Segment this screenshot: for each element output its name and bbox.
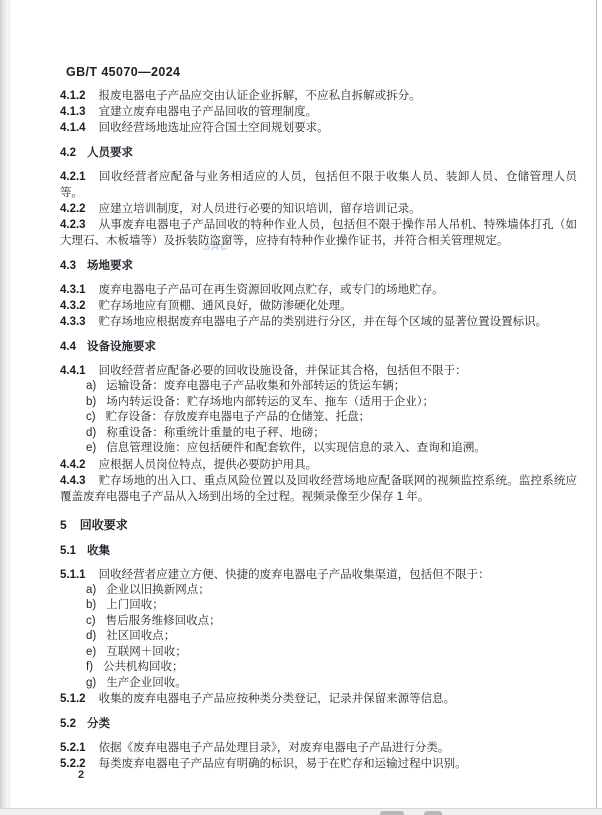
clause-paragraph: 5.1.1回收经营者应建立方便、快捷的废弃电器电子产品收集渠道，包括但不限于： bbox=[60, 567, 577, 583]
clause-text: 应根据人员岗位特点，提供必要防护用具。 bbox=[99, 459, 318, 471]
list-item: d)社区回收点； bbox=[60, 629, 577, 645]
clause-text: 回收经营者应建立方便、快捷的废弃电器电子产品收集渠道，包括但不限于： bbox=[99, 569, 490, 581]
list-item: g)生产企业回收。 bbox=[60, 676, 577, 692]
clause-text: 场地要求 bbox=[87, 260, 133, 272]
section-heading: 4.4设备设施要求 bbox=[60, 339, 577, 355]
scanned-document-page: GB/T 45070—2024 SAC 4.1.2报废电器电子产品应交由认证企业… bbox=[0, 0, 602, 815]
section-heading: 5.1收集 bbox=[60, 543, 577, 559]
clause-text: 分类 bbox=[87, 718, 110, 730]
clause-paragraph: 4.2.2应建立培训制度，对人员进行必要的知识培训，留存培训记录。 bbox=[60, 201, 577, 217]
clause-text: 收集的废弃电器电子产品应按种类分类登记，记录并保留来源等信息。 bbox=[99, 693, 456, 705]
list-item: e)信息管理设施：应包括硬件和配套软件，以实现信息的录入、查询和追溯。 bbox=[60, 441, 577, 457]
clause-paragraph: 4.2.1回收经营者应配备与业务相适应的人员，包括但不限于收集人员、装卸人员、仓… bbox=[60, 169, 577, 201]
clause-text: 贮存场地应根据废弃电器电子产品的类别进行分区，并在每个区域的显著位置设置标识。 bbox=[99, 316, 548, 328]
clause-text: 企业以旧换新网点； bbox=[106, 584, 210, 596]
clause-text: 收集 bbox=[87, 545, 110, 557]
clause-number: d) bbox=[86, 630, 106, 642]
chapter-heading: 5回收要求 bbox=[60, 517, 577, 533]
clause-number: f) bbox=[86, 661, 103, 673]
page-edge-tab bbox=[424, 811, 442, 815]
clause-text: 回收经营者应配备与业务相适应的人员，包括但不限于收集人员、装卸人员、仓储管理人员… bbox=[60, 171, 577, 199]
clause-paragraph: 4.1.3宜建立废弃电器电子产品回收的管理制度。 bbox=[60, 104, 577, 120]
clause-number: a) bbox=[86, 584, 106, 596]
clause-number: 4.3 bbox=[60, 260, 87, 272]
clause-paragraph: 4.2.3从事废弃电器电子产品回收的特种作业人员，包括但不限于操作吊人吊机、特殊… bbox=[60, 217, 577, 249]
clause-text: 回收经营场地选址应符合国土空间规划要求。 bbox=[99, 122, 329, 134]
clause-number: c) bbox=[86, 615, 106, 627]
clause-number: 4.3.1 bbox=[60, 284, 99, 296]
clause-paragraph: 5.1.2收集的废弃电器电子产品应按种类分类登记，记录并保留来源等信息。 bbox=[60, 691, 577, 707]
clause-paragraph: 5.2.1依据《废弃电器电子产品处理目录》，对废弃电器电子产品进行分类。 bbox=[60, 740, 577, 756]
clause-number: 4.2.1 bbox=[60, 171, 99, 183]
clause-paragraph: 4.1.2报废电器电子产品应交由认证企业拆解，不应私自拆解或拆分。 bbox=[60, 88, 577, 104]
clause-text: 报废电器电子产品应交由认证企业拆解，不应私自拆解或拆分。 bbox=[99, 90, 421, 102]
clause-number: 4.4 bbox=[60, 341, 87, 353]
clause-number: 5.2 bbox=[60, 718, 87, 730]
clause-number: 4.3.2 bbox=[60, 300, 99, 312]
section-heading: 4.2人员要求 bbox=[60, 145, 577, 161]
list-item: a)企业以旧换新网点； bbox=[60, 583, 577, 599]
document-content: 4.1.2报废电器电子产品应交由认证企业拆解，不应私自拆解或拆分。4.1.3宜建… bbox=[60, 88, 577, 772]
clause-text: 互联网＋回收； bbox=[106, 646, 187, 658]
clause-number: b) bbox=[86, 396, 106, 408]
clause-number: d) bbox=[86, 427, 106, 439]
section-heading: 4.3场地要求 bbox=[60, 258, 577, 274]
list-item: f)公共机构回收； bbox=[60, 660, 577, 676]
list-item: c)售后服务维修回收点； bbox=[60, 614, 577, 630]
clause-number: 4.4.3 bbox=[60, 475, 99, 487]
clause-text: 人员要求 bbox=[87, 147, 133, 159]
clause-number: 5.2.1 bbox=[60, 742, 99, 754]
clause-text: 运输设备：废弃电器电子产品收集和外部转运的货运车辆； bbox=[106, 380, 405, 392]
clause-number: 4.1.2 bbox=[60, 90, 99, 102]
clause-paragraph: 4.4.1回收经营者应配备必要的回收设施设备，并保证其合格，包括但不限于： bbox=[60, 363, 577, 379]
clause-text: 宜建立废弃电器电子产品回收的管理制度。 bbox=[99, 106, 318, 118]
clause-text: 废弃电器电子产品可在再生资源回收网点贮存，或专门的场地贮存。 bbox=[99, 284, 444, 296]
page-edge-tab bbox=[380, 811, 404, 815]
clause-number: g) bbox=[86, 677, 106, 689]
clause-paragraph: 4.3.3贮存场地应根据废弃电器电子产品的类别进行分区，并在每个区域的显著位置设… bbox=[60, 314, 577, 330]
clause-paragraph: 4.1.4回收经营场地选址应符合国土空间规划要求。 bbox=[60, 120, 577, 136]
clause-text: 每类废弃电器电子产品应有明确的标识，易于在贮存和运输过程中识别。 bbox=[99, 758, 467, 770]
clause-number: 4.1.4 bbox=[60, 122, 99, 134]
clause-number: 4.2.3 bbox=[60, 219, 99, 231]
clause-number: 5.1.2 bbox=[60, 693, 99, 705]
clause-number: a) bbox=[86, 380, 106, 392]
clause-text: 信息管理设施：应包括硬件和配套软件，以实现信息的录入、查询和追溯。 bbox=[106, 442, 486, 454]
clause-paragraph: 4.4.2应根据人员岗位特点，提供必要防护用具。 bbox=[60, 457, 577, 473]
clause-text: 售后服务维修回收点； bbox=[106, 615, 221, 627]
list-item: e)互联网＋回收； bbox=[60, 645, 577, 661]
clause-text: 依据《废弃电器电子产品处理目录》，对废弃电器电子产品进行分类。 bbox=[99, 742, 450, 754]
clause-text: 从事废弃电器电子产品回收的特种作业人员，包括但不限于操作吊人吊机、特殊墙体打孔（… bbox=[60, 219, 577, 247]
clause-paragraph: 4.3.2贮存场地应有顶棚、通风良好，做防渗硬化处理。 bbox=[60, 298, 577, 314]
clause-text: 应建立培训制度，对人员进行必要的知识培训，留存培训记录。 bbox=[99, 203, 421, 215]
clause-number: 4.4.2 bbox=[60, 459, 99, 471]
clause-text: 贮存设备：存放废弃电器电子产品的仓储笼、托盘； bbox=[106, 411, 371, 423]
clause-paragraph: 4.4.3贮存场地的出入口、重点风险位置以及回收经营场地应配备联网的视频监控系统… bbox=[60, 473, 577, 505]
page-bottom-scan-edge bbox=[0, 808, 602, 815]
page-left-scan-edge bbox=[0, 0, 10, 815]
clause-paragraph: 5.2.2每类废弃电器电子产品应有明确的标识，易于在贮存和运输过程中识别。 bbox=[60, 756, 577, 772]
clause-text: 称重设备：称重统计重量的电子秤、地磅； bbox=[106, 427, 325, 439]
clause-text: 回收经营者应配备必要的回收设施设备，并保证其合格，包括但不限于： bbox=[99, 365, 467, 377]
page-number: 2 bbox=[78, 769, 84, 781]
clause-text: 社区回收点； bbox=[106, 630, 175, 642]
clause-number: e) bbox=[86, 646, 106, 658]
clause-text: 场内转运设备：贮存场地内部转运的叉车、拖车（适用于企业）； bbox=[106, 396, 434, 408]
page-right-scan-edge bbox=[596, 0, 597, 810]
clause-text: 贮存场地的出入口、重点风险位置以及回收经营场地应配备联网的视频监控系统。监控系统… bbox=[60, 475, 577, 503]
clause-number: 4.2 bbox=[60, 147, 87, 159]
clause-text: 回收要求 bbox=[80, 518, 128, 532]
clause-text: 设备设施要求 bbox=[87, 341, 156, 353]
clause-number: 4.4.1 bbox=[60, 365, 99, 377]
clause-number: 5.1.1 bbox=[60, 569, 99, 581]
list-item: b)场内转运设备：贮存场地内部转运的叉车、拖车（适用于企业）； bbox=[60, 395, 577, 411]
clause-text: 贮存场地应有顶棚、通风良好，做防渗硬化处理。 bbox=[99, 300, 352, 312]
clause-number: 5.1 bbox=[60, 545, 87, 557]
list-item: b)上门回收； bbox=[60, 598, 577, 614]
clause-paragraph: 4.3.1废弃电器电子产品可在再生资源回收网点贮存，或专门的场地贮存。 bbox=[60, 282, 577, 298]
clause-text: 上门回收； bbox=[106, 599, 164, 611]
clause-text: 生产企业回收。 bbox=[106, 677, 187, 689]
clause-number: b) bbox=[86, 599, 106, 611]
clause-number: c) bbox=[86, 411, 106, 423]
list-item: c)贮存设备：存放废弃电器电子产品的仓储笼、托盘； bbox=[60, 410, 577, 426]
list-item: a)运输设备：废弃电器电子产品收集和外部转运的货运车辆； bbox=[60, 379, 577, 395]
clause-text: 公共机构回收； bbox=[103, 661, 184, 673]
clause-number: 4.2.2 bbox=[60, 203, 99, 215]
clause-number: 5 bbox=[60, 518, 80, 532]
section-heading: 5.2分类 bbox=[60, 716, 577, 732]
clause-number: e) bbox=[86, 442, 106, 454]
standard-number-header: GB/T 45070—2024 bbox=[66, 65, 180, 79]
clause-number: 4.1.3 bbox=[60, 106, 99, 118]
list-item: d)称重设备：称重统计重量的电子秤、地磅； bbox=[60, 426, 577, 442]
clause-number: 4.3.3 bbox=[60, 316, 99, 328]
